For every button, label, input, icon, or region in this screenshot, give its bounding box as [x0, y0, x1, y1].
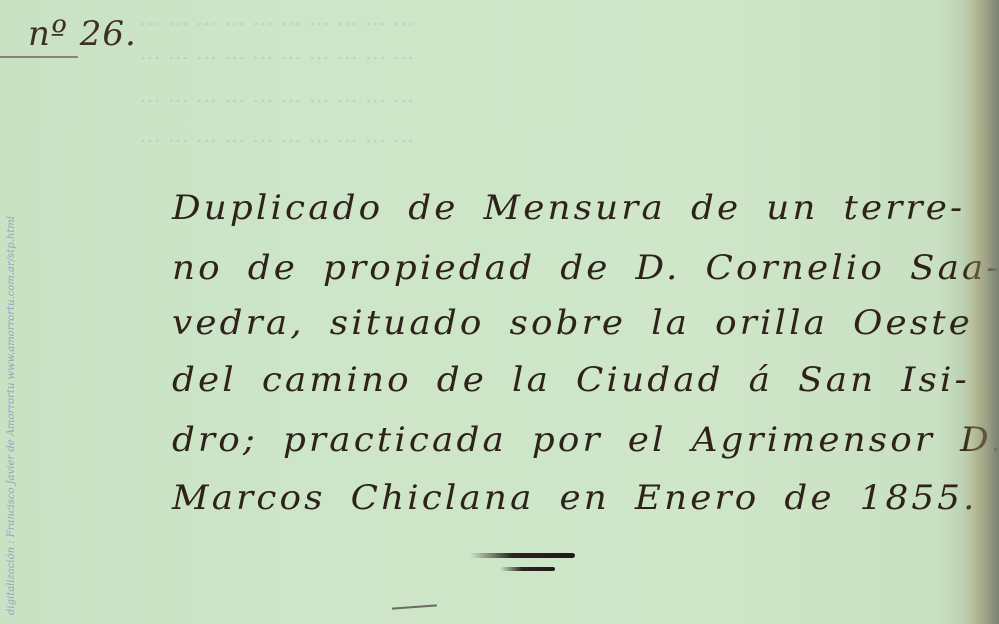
title-line-5: dro; practicada por el Agrimensor D.: [172, 420, 999, 460]
folio-underline: [0, 56, 78, 58]
bleed-through-text: ... ... ... ... ... ... ... ... ... ...: [140, 8, 960, 30]
bleed-through-text: ... ... ... ... ... ... ... ... ... ...: [140, 85, 960, 107]
manuscript-page: ... ... ... ... ... ... ... ... ... ... …: [0, 0, 999, 624]
closing-flourish: [500, 567, 555, 571]
closing-flourish: [470, 553, 575, 558]
title-line-1: Duplicado de Mensura de un terre-: [172, 188, 965, 228]
title-line-2: no de propiedad de D. Cornelio Saa-: [172, 248, 999, 288]
folio-number: nº 26.: [28, 14, 137, 54]
title-line-4: del camino de la Ciudad á San Isi-: [172, 360, 970, 400]
digitization-watermark: digitalización : Francisco Javier de Amo…: [6, 216, 17, 615]
bleed-through-text: ... ... ... ... ... ... ... ... ... ...: [140, 125, 960, 147]
pen-mark: [392, 604, 437, 609]
title-line-3: vedra, situado sobre la orilla Oeste: [172, 303, 973, 343]
title-line-6: Marcos Chiclana en Enero de 1855.: [172, 478, 978, 518]
page-edge: [963, 0, 999, 624]
bleed-through-text: ... ... ... ... ... ... ... ... ... ...: [140, 42, 960, 64]
